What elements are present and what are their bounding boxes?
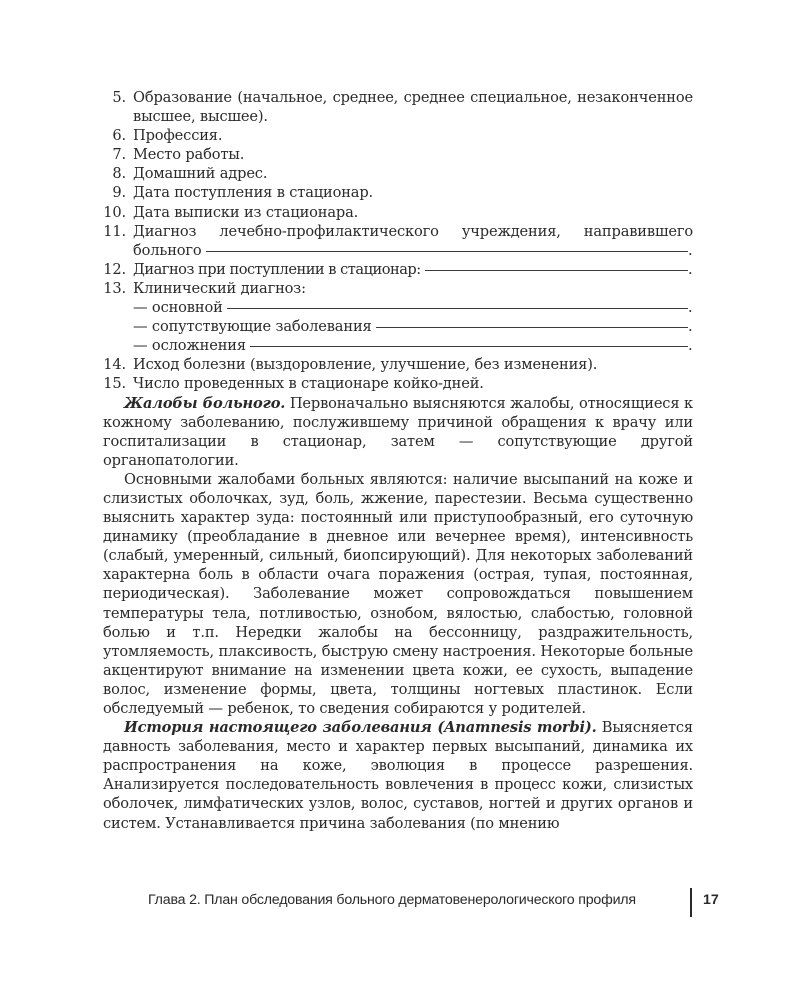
anamnesis-morbi-paragraph: История настоящего заболевания (Anamnesi… — [103, 718, 693, 833]
list-number: 8. — [103, 164, 126, 183]
admission-diagnosis-field: Диагноз при поступлении в стационар: . — [133, 260, 693, 279]
field-end-mark: . — [688, 260, 693, 279]
list-item: 10. Дата выписки из стационара. — [103, 203, 693, 222]
list-item: 11. Диагноз лечебно-профилактического уч… — [103, 222, 693, 260]
field-label: Диагноз при поступлении в стационар: — [133, 260, 421, 279]
list-item: 12. Диагноз при поступлении в стационар:… — [103, 260, 693, 279]
field-end-mark: . — [688, 336, 693, 355]
main-complaints-paragraph: Основными жалобами больных являются: нал… — [103, 470, 693, 718]
admission-diagnosis-blank — [425, 269, 688, 271]
list-text: Образование (начальное, среднее, среднее… — [133, 89, 693, 125]
page-number: 17 — [703, 892, 719, 908]
list-item: 14. Исход болезни (выздоровление, улучше… — [103, 355, 693, 374]
main-diagnosis-blank — [227, 307, 688, 309]
paragraph-text: Основными жалобами больных являются: нал… — [103, 471, 693, 717]
list-number: 14. — [103, 355, 126, 374]
list-number: 10. — [103, 203, 126, 222]
list-text: Дата поступления в стационар. — [133, 184, 373, 201]
list-number: 13. — [103, 279, 126, 298]
list-number: 12. — [103, 260, 126, 279]
comorbidities-blank — [376, 326, 688, 328]
list-text: Число проведенных в стационаре койко-дне… — [133, 375, 484, 392]
referral-diagnosis-blank — [206, 250, 688, 252]
field-label: — осложнения — [133, 336, 246, 355]
complaints-paragraph: Жалобы больного. Первоначально выясняютс… — [103, 394, 693, 470]
list-number: 5. — [103, 88, 126, 107]
list-item: 7. Место работы. — [103, 145, 693, 164]
list-text: Исход болезни (выздоровление, улучшение,… — [133, 356, 597, 373]
field-end-mark: . — [688, 241, 693, 260]
list-text: Профессия. — [133, 127, 222, 144]
patient-info-list: 5. Образование (начальное, среднее, сред… — [103, 88, 693, 394]
list-item: 6. Профессия. — [103, 126, 693, 145]
complications-blank — [250, 345, 688, 347]
field-label: больного — [133, 241, 202, 260]
list-item: 8. Домашний адрес. — [103, 164, 693, 183]
list-number: 6. — [103, 126, 126, 145]
section-lead-anamnesis-morbi: История настоящего заболевания (Anamnesi… — [124, 719, 597, 736]
field-label: — сопутствующие заболевания — [133, 317, 372, 336]
page-body: 5. Образование (начальное, среднее, сред… — [103, 88, 693, 833]
field-label: — основной — [133, 298, 223, 317]
list-text: Диагноз лечебно-профилактического учрежд… — [133, 222, 693, 241]
list-text: Клинический диагноз: — [133, 279, 693, 298]
page-footer: Глава 2. План обследования больного дерм… — [148, 888, 728, 916]
list-number: 7. — [103, 145, 126, 164]
list-number: 15. — [103, 374, 126, 393]
list-text: Место работы. — [133, 146, 244, 163]
complications-field: — осложнения . — [133, 336, 693, 355]
list-number: 9. — [103, 183, 126, 202]
main-diagnosis-field: — основной . — [133, 298, 693, 317]
section-lead-complaints: Жалобы больного. — [124, 395, 285, 412]
list-item: 5. Образование (начальное, среднее, сред… — [103, 88, 693, 126]
running-chapter-title: Глава 2. План обследования больного дерм… — [148, 892, 636, 908]
referral-diagnosis-field: больного . — [133, 241, 693, 260]
field-end-mark: . — [688, 298, 693, 317]
footer-divider — [690, 888, 692, 917]
comorbidities-field: — сопутствующие заболевания . — [133, 317, 693, 336]
list-item: 13. Клинический диагноз: — основной . — … — [103, 279, 693, 355]
list-number: 11. — [103, 222, 126, 241]
list-text: Домашний адрес. — [133, 165, 267, 182]
list-item: 9. Дата поступления в стационар. — [103, 183, 693, 202]
list-item: 15. Число проведенных в стационаре койко… — [103, 374, 693, 393]
field-end-mark: . — [688, 317, 693, 336]
list-text: Дата выписки из стационара. — [133, 204, 358, 221]
